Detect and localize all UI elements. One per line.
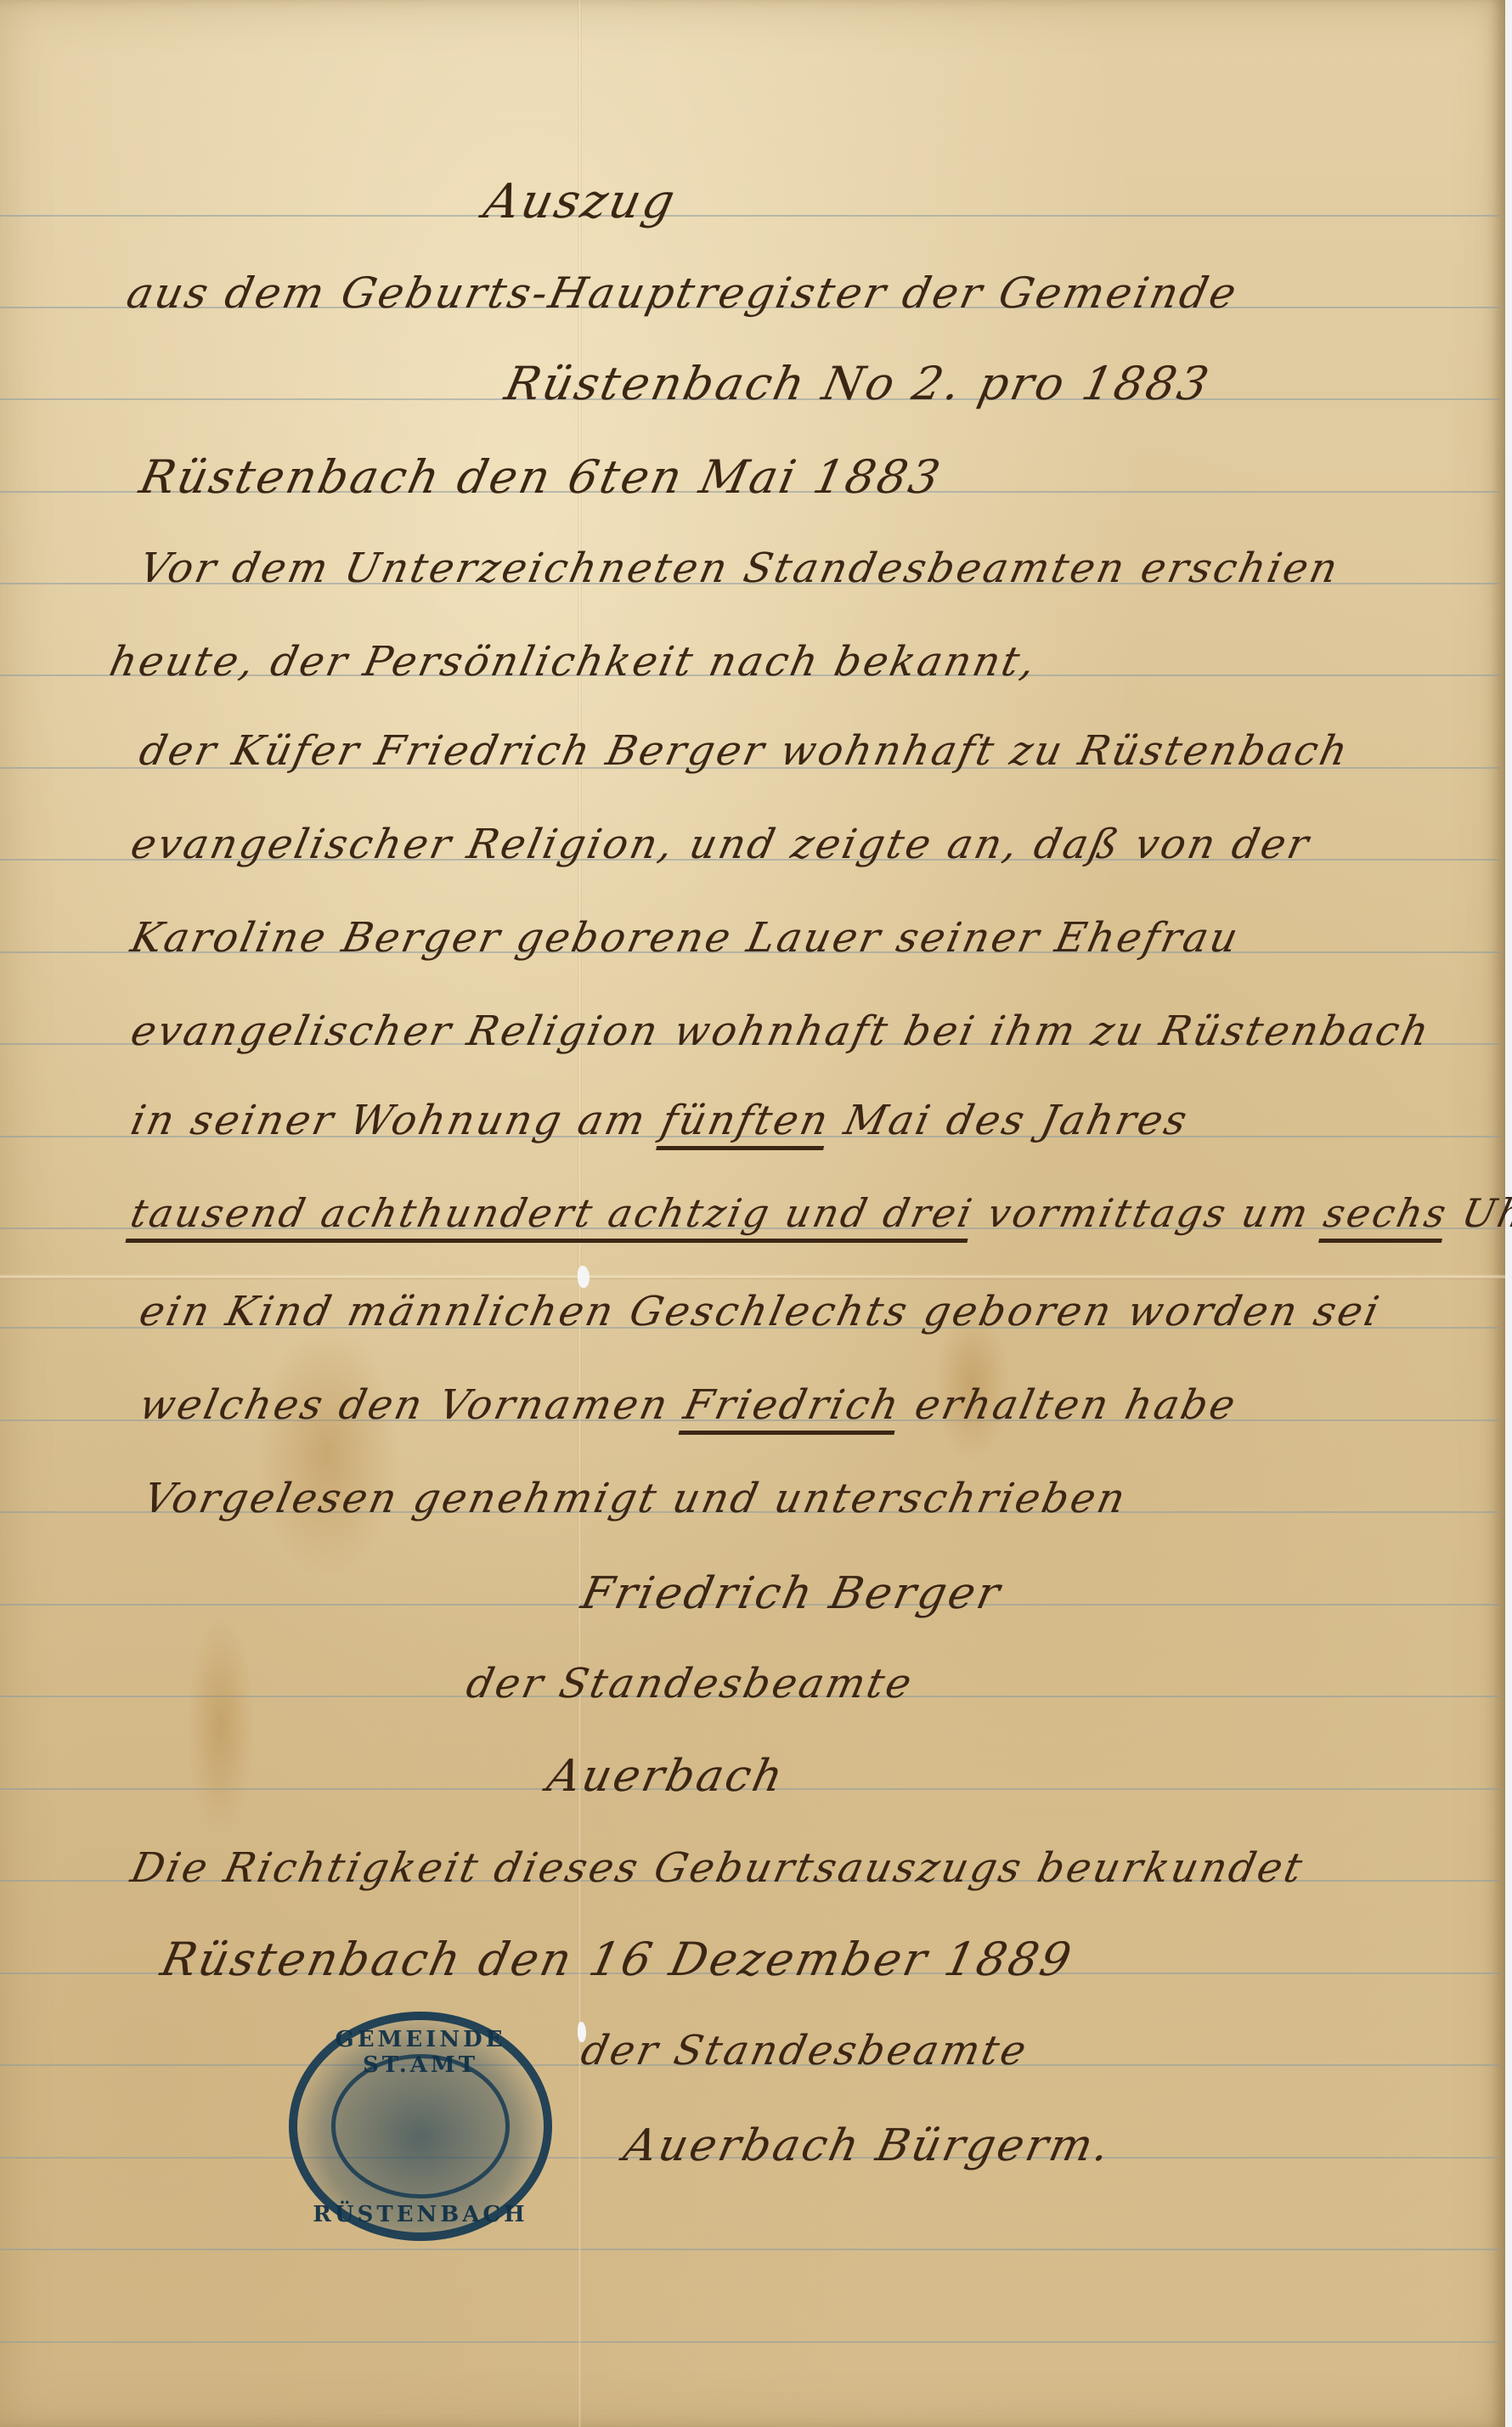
- document-title: Auszug: [480, 178, 681, 226]
- body-line: Vor dem Unterzeichneten Standesbeamten e…: [136, 548, 1344, 589]
- text: welches den Vornamen: [135, 1381, 690, 1429]
- body-line-closing: Vorgelesen genehmigt und unterschrieben: [140, 1478, 1131, 1519]
- certification-official-signature: Auerbach Bürgerm.: [620, 2124, 1115, 2168]
- body-line-birth-day: in seiner Wohnung am fünften Mai des Jah…: [127, 1100, 1193, 1141]
- informant-signature: Friedrich Berger: [578, 1572, 1006, 1616]
- paper-tear: [578, 1266, 590, 1288]
- water-stain: [187, 1614, 255, 1835]
- ruled-line: [0, 2341, 1499, 2343]
- place-date: Rüstenbach den 6ten Mai 1883: [136, 454, 946, 500]
- water-stain: [255, 1325, 399, 1580]
- certification-official-title: der Standesbeamte: [578, 2030, 1032, 2071]
- text: Uhr: [1443, 1190, 1512, 1236]
- ruled-line: [0, 2249, 1499, 2250]
- official-title: der Standesbeamte: [463, 1663, 917, 1704]
- ruled-line: [0, 215, 1499, 217]
- body-line-year: tausend achthundert achtzig und drei vor…: [127, 1194, 1512, 1233]
- text: Mai des Jahres: [825, 1097, 1193, 1144]
- certification-place-date: Rüstenbach den 16 Dezember 1889: [157, 1937, 1077, 1983]
- body-line: Karoline Berger geborene Lauer seiner Eh…: [127, 917, 1244, 958]
- body-line-name: welches den Vornamen Friedrich erhalten …: [136, 1385, 1241, 1425]
- text: erhalten habe: [895, 1381, 1242, 1429]
- text: in seiner Wohnung am: [127, 1097, 667, 1144]
- text: vormittags um: [968, 1190, 1329, 1236]
- register-number: Rüstenbach No 2. pro 1883: [501, 361, 1215, 407]
- underlined-year: tausend achthundert achtzig und drei: [127, 1190, 978, 1236]
- underlined-day: fünften: [657, 1097, 835, 1144]
- body-line: heute, der Persönlichkeit nach bekannt,: [106, 641, 1041, 682]
- underlined-given-name: Friedrich: [680, 1381, 906, 1429]
- seal-text-top: GEMEINDE ST.AMT: [297, 2027, 544, 2078]
- body-line: evangelischer Religion wohnhaft bei ihm …: [127, 1011, 1435, 1052]
- seal-text-bottom: RÜSTENBACH: [297, 2202, 544, 2227]
- body-line: ein Kind männlichen Geschlechts geboren …: [136, 1291, 1385, 1332]
- official-signature: Auerbach: [544, 1754, 789, 1798]
- document-page: Auszug aus dem Geburts-Hauptregister der…: [0, 0, 1505, 2427]
- body-line: der Küfer Friedrich Berger wohnhaft zu R…: [136, 731, 1353, 771]
- paper-fold-horizontal: [0, 1274, 1505, 1279]
- document-subtitle: aus dem Geburts-Hauptregister der Gemein…: [123, 272, 1242, 314]
- body-line: evangelischer Religion, und zeigte an, d…: [127, 824, 1314, 865]
- certification-statement: Die Richtigkeit dieses Geburtsauszugs be…: [127, 1848, 1308, 1888]
- official-seal-stamp: GEMEINDE ST.AMT RÜSTENBACH: [289, 2012, 552, 2241]
- underlined-hour: sechs: [1320, 1190, 1453, 1236]
